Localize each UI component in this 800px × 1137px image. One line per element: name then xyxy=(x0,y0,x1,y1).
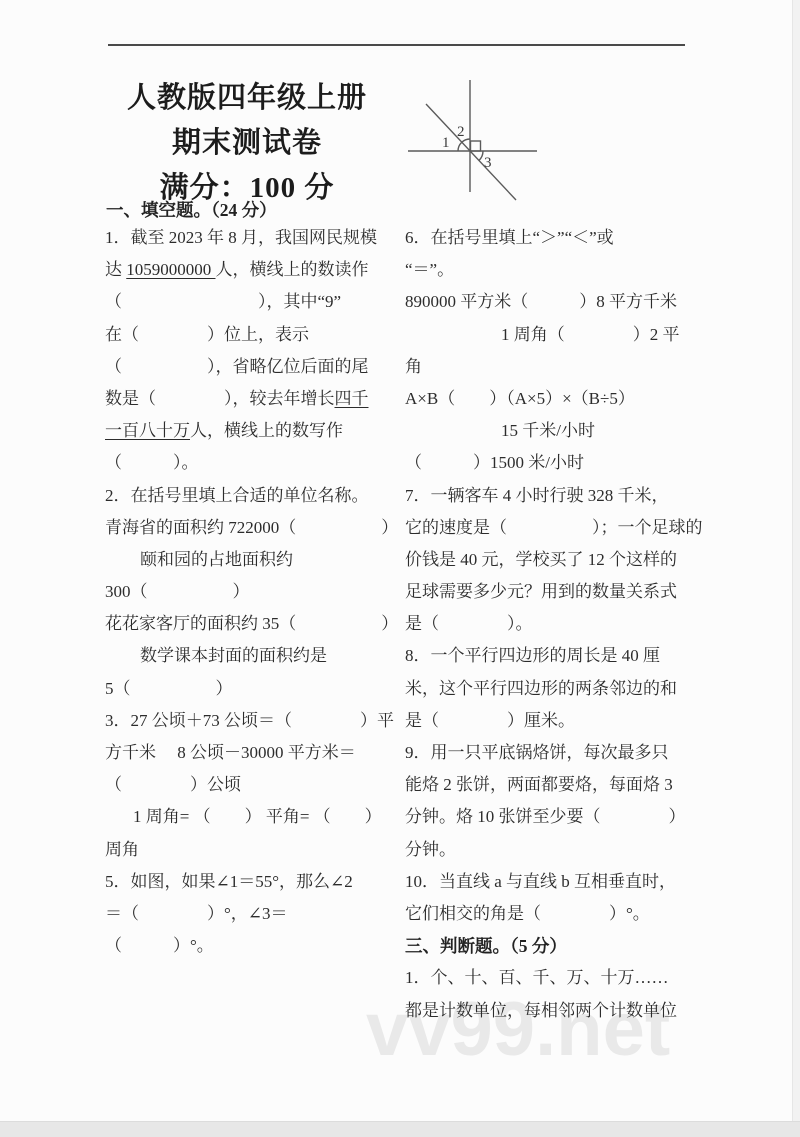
text-segment: 分钟。烙 10 张饼至少要（ ） xyxy=(405,807,686,826)
text-line: （ ）。 xyxy=(105,447,399,479)
text-segment: 7．一辆客车 4 小时行驶 328 千米， xyxy=(405,486,669,505)
text-segment: 三、判断题。（5 分） xyxy=(405,936,567,956)
text-segment: 8．一个平行四边形的周长是 40 厘 xyxy=(405,646,660,665)
text-line: 1．个、十、百、千、万、十万…… xyxy=(405,962,705,994)
text-segment: 角 xyxy=(405,357,422,376)
text-line: （ ）1500 米/小时 xyxy=(405,447,705,479)
page-title-line-1: 人教版四年级上册 xyxy=(103,76,391,121)
text-segment: 它的速度是（ ）；一个足球的 xyxy=(405,518,703,537)
text-segment: （ ）°。 xyxy=(105,936,214,955)
text-line: 1 周角（ ）2 平 xyxy=(405,319,705,351)
text-line: 青海省的面积约 722000（ ） xyxy=(105,512,399,544)
page-title-line-2: 期末测试卷 xyxy=(103,121,391,166)
text-segment: 3．27 公顷＋73 公顷＝（ ）平 xyxy=(105,711,394,730)
angle1-arc xyxy=(458,142,462,151)
text-segment: 它们相交的角是（ ）°。 xyxy=(405,904,650,923)
text-line: 价钱是 40 元，学校买了 12 个这样的 xyxy=(405,544,705,576)
angle3-arc xyxy=(479,151,483,161)
text-line: 数学课本封面的面积约是 xyxy=(105,640,399,672)
text-segment: 5（ ） xyxy=(105,679,233,698)
underlined-text-segment: 一百八十万 xyxy=(105,421,190,440)
text-segment: 花花家客厅的面积约 35（ ） xyxy=(105,614,398,633)
page-right-edge xyxy=(792,0,800,1121)
text-segment: A×B（ ）（A×5）×（B÷5） xyxy=(405,389,635,408)
angle3-label: 3 xyxy=(484,155,492,171)
text-line: 在（ ）位上，表示 xyxy=(105,319,399,351)
text-segment: 9．用一只平底锅烙饼，每次最多只 xyxy=(405,743,669,762)
title-block: 人教版四年级上册 期末测试卷 满分：100 分 xyxy=(103,76,391,211)
text-segment: 足球需要多少元？用到的数量关系式 xyxy=(405,582,677,601)
angle1-label: 1 xyxy=(442,135,450,151)
text-line: 花花家客厅的面积约 35（ ） xyxy=(105,608,399,640)
text-segment: （ ），省略亿位后面的尾 xyxy=(105,357,369,376)
text-segment: （ ）1500 米/小时 xyxy=(405,453,584,472)
viewer-bottom-bar xyxy=(0,1121,800,1137)
text-segment: 数是（ ），较去年增长 xyxy=(105,389,335,408)
text-segment: “＝”。 xyxy=(405,260,454,279)
text-segment: 1 周角= （ ） 平角= （ ） xyxy=(133,807,382,826)
text-segment: 达 xyxy=(105,260,126,279)
text-line: 300（ ） xyxy=(105,576,399,608)
text-segment: （ ），其中“9” xyxy=(105,292,341,311)
text-segment: 能烙 2 张饼，两面都要烙，每面烙 3 xyxy=(405,775,673,794)
text-line: 5．如图，如果∠1＝55°，那么∠2 xyxy=(105,866,399,898)
text-segment: 10．当直线 a 与直线 b 互相垂直时， xyxy=(405,872,676,891)
text-line: （ ）公顷 xyxy=(105,769,399,801)
text-line: 数是（ ），较去年增长四千 xyxy=(105,383,399,415)
text-segment: 是（ ）厘米。 xyxy=(405,711,575,730)
angle2-label: 2 xyxy=(457,124,465,140)
text-segment: 15 千米/小时 xyxy=(501,421,595,440)
text-segment: 周角 xyxy=(105,840,139,859)
text-line: 是（ ）。 xyxy=(405,608,705,640)
underlined-text-segment: 1059000000 xyxy=(126,260,215,279)
text-line: 角 xyxy=(405,351,705,383)
text-line: 3．27 公顷＋73 公顷＝（ ）平 xyxy=(105,705,399,737)
text-line: ＝（ ）°，∠3＝ xyxy=(105,898,399,930)
text-segment: 颐和园的占地面积约 xyxy=(140,550,293,569)
text-segment: ＝（ ）°，∠3＝ xyxy=(105,904,288,923)
text-line: 8．一个平行四边形的周长是 40 厘 xyxy=(405,640,705,672)
text-line: 890000 平方米（ ）8 平方千米 xyxy=(405,286,705,318)
text-line: 方千米 8 公顷－30000 平方米＝ xyxy=(105,737,399,769)
right-column: 6．在括号里填上“＞”“＜”或“＝”。890000 平方米（ ）8 平方千米1 … xyxy=(405,222,705,1027)
text-line: 分钟。 xyxy=(405,834,705,866)
text-line: 是（ ）厘米。 xyxy=(405,705,705,737)
text-segment: 是（ ）。 xyxy=(405,614,533,633)
text-segment: （ ）公顷 xyxy=(105,775,241,794)
text-segment: （ ）。 xyxy=(105,453,199,472)
text-segment: 1 周角（ ）2 平 xyxy=(501,325,680,344)
text-line: 分钟。烙 10 张饼至少要（ ） xyxy=(405,801,705,833)
text-segment: 方千米 8 公顷－30000 平方米＝ xyxy=(105,743,356,762)
text-line: （ ），省略亿位后面的尾 xyxy=(105,351,399,383)
text-line: 能烙 2 张饼，两面都要烙，每面烙 3 xyxy=(405,769,705,801)
text-line: 7．一辆客车 4 小时行驶 328 千米， xyxy=(405,480,705,512)
angle-figure: 1 2 3 xyxy=(400,70,550,215)
section-heading-fill-in: 一、填空题。（24 分） xyxy=(106,196,277,224)
text-line: 5（ ） xyxy=(105,673,399,705)
text-segment: 青海省的面积约 722000（ ） xyxy=(105,518,398,537)
text-segment: 1．截至 2023 年 8 月，我国网民规模 xyxy=(105,228,377,247)
text-segment: 价钱是 40 元，学校买了 12 个这样的 xyxy=(405,550,677,569)
text-line: 颐和园的占地面积约 xyxy=(105,544,399,576)
left-column: 1．截至 2023 年 8 月，我国网民规模达 1059000000 人，横线上… xyxy=(105,222,399,962)
text-line: “＝”。 xyxy=(405,254,705,286)
text-line: （ ），其中“9” xyxy=(105,286,399,318)
text-line: 它的速度是（ ）；一个足球的 xyxy=(405,512,705,544)
underlined-text-segment: 四千 xyxy=(335,389,369,408)
text-line: 10．当直线 a 与直线 b 互相垂直时， xyxy=(405,866,705,898)
text-line: （ ）°。 xyxy=(105,930,399,962)
text-segment: 在（ ）位上，表示 xyxy=(105,325,309,344)
text-segment: 6．在括号里填上“＞”“＜”或 xyxy=(405,228,614,247)
text-line: 米，这个平行四边形的两条邻边的和 xyxy=(405,673,705,705)
text-segment: 2．在括号里填上合适的单位名称。 xyxy=(105,486,369,505)
text-line: 1 周角= （ ） 平角= （ ） xyxy=(105,801,399,833)
header-rule xyxy=(108,44,685,46)
text-line: 15 千米/小时 xyxy=(405,415,705,447)
text-segment: 都是计数单位，每相邻两个计数单位 xyxy=(405,1001,677,1020)
text-line: 6．在括号里填上“＞”“＜”或 xyxy=(405,222,705,254)
right-angle-mark xyxy=(471,141,481,151)
text-segment: 300（ ） xyxy=(105,582,250,601)
text-line: 都是计数单位，每相邻两个计数单位 xyxy=(405,995,705,1027)
text-segment: 人，横线上的数读作 xyxy=(216,260,369,279)
text-segment: 5．如图，如果∠1＝55°，那么∠2 xyxy=(105,872,353,891)
text-line: 达 1059000000 人，横线上的数读作 xyxy=(105,254,399,286)
text-line: 2．在括号里填上合适的单位名称。 xyxy=(105,480,399,512)
text-line: 周角 xyxy=(105,834,399,866)
text-segment: 人，横线上的数写作 xyxy=(190,421,343,440)
text-segment: 米，这个平行四边形的两条邻边的和 xyxy=(405,679,677,698)
text-segment: 1．个、十、百、千、万、十万…… xyxy=(405,968,669,987)
text-segment: 890000 平方米（ ）8 平方千米 xyxy=(405,292,677,311)
text-line: 一百八十万人，横线上的数写作 xyxy=(105,415,399,447)
text-line: 9．用一只平底锅烙饼，每次最多只 xyxy=(405,737,705,769)
text-segment: 数学课本封面的面积约是 xyxy=(140,646,327,665)
text-line: 足球需要多少元？用到的数量关系式 xyxy=(405,576,705,608)
figure-diagonal-line xyxy=(426,104,516,200)
text-line: 1．截至 2023 年 8 月，我国网民规模 xyxy=(105,222,399,254)
document-page: { "header": { "title_lines": ["人教版四年级上册"… xyxy=(0,0,800,1137)
text-line: 三、判断题。（5 分） xyxy=(405,930,705,962)
text-line: 它们相交的角是（ ）°。 xyxy=(405,898,705,930)
text-segment: 分钟。 xyxy=(405,840,456,859)
text-line: A×B（ ）（A×5）×（B÷5） xyxy=(405,383,705,415)
